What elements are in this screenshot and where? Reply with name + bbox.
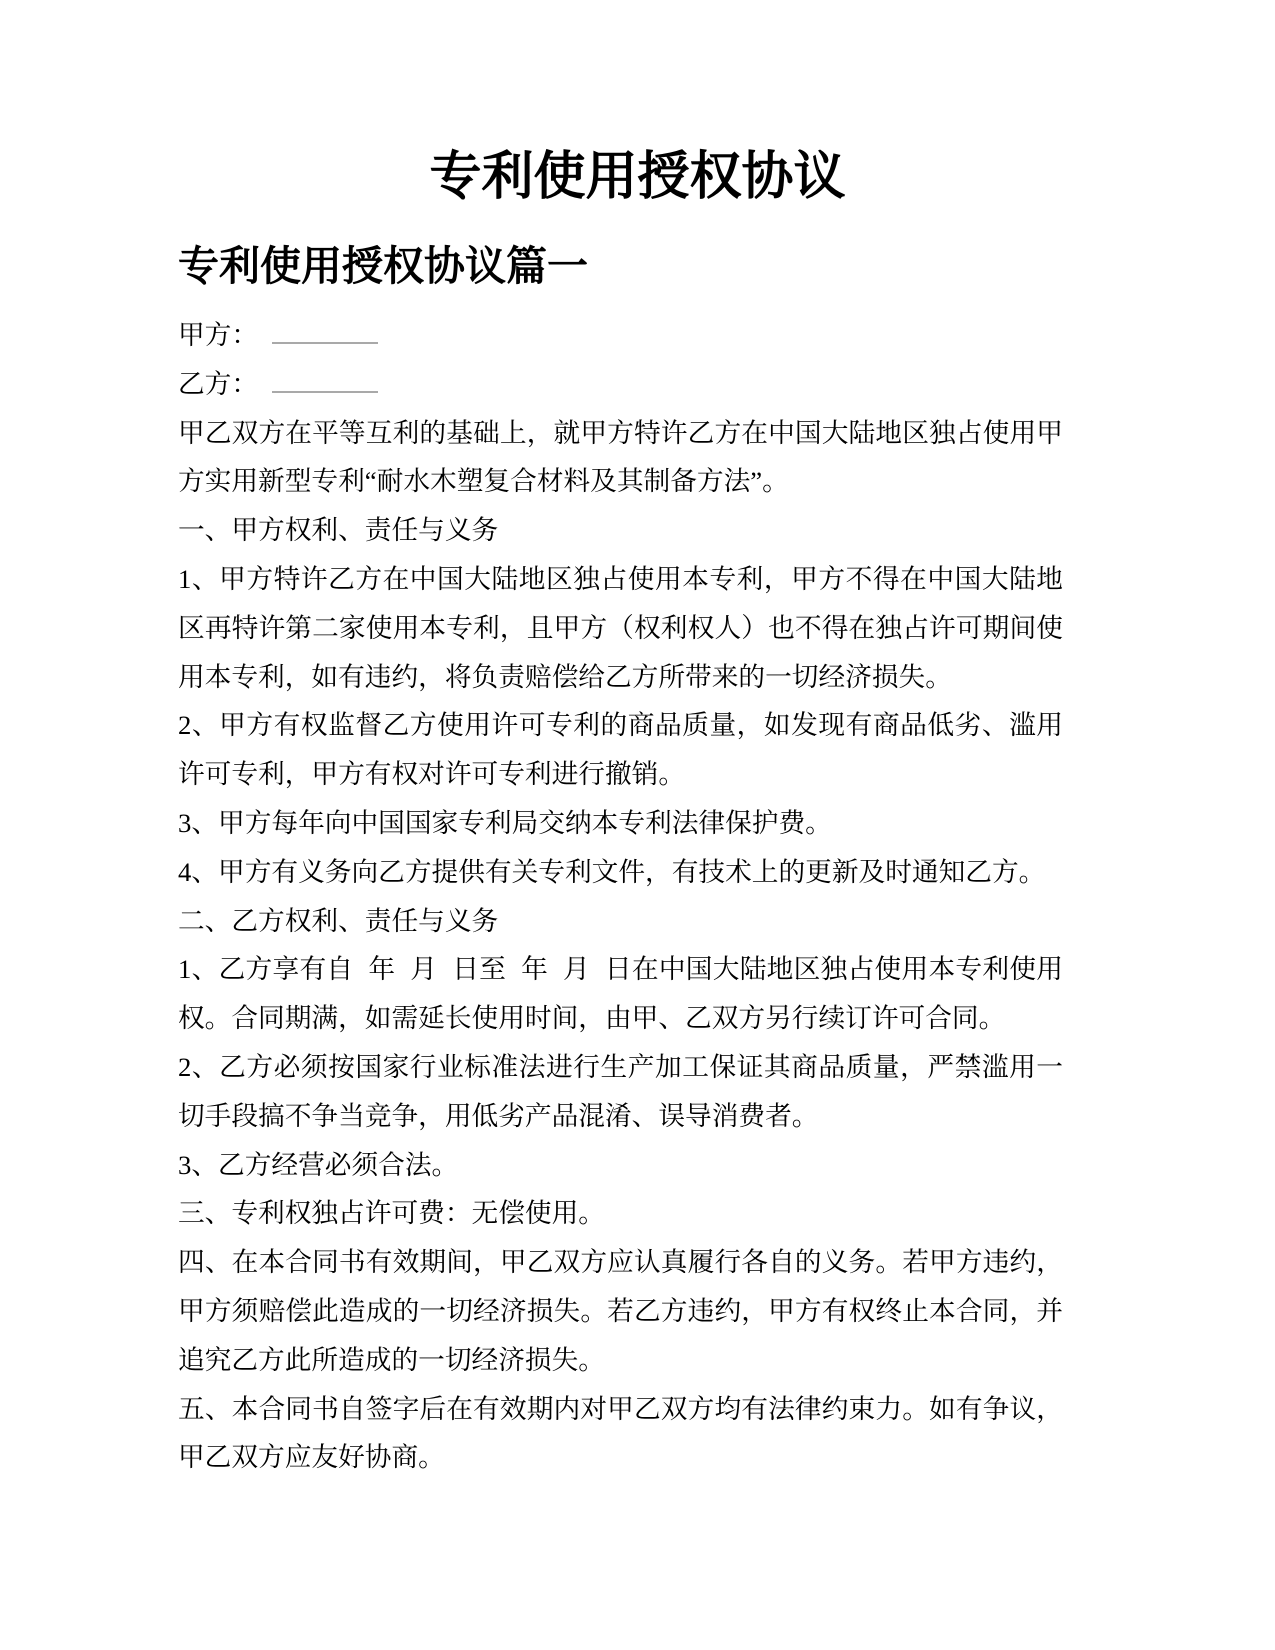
party-b-blank <box>272 365 378 393</box>
paragraph-intro: 甲乙双方在平等互利的基础上，就甲方特许乙方在中国大陆地区独占使用甲方实用新型专利… <box>178 409 1063 507</box>
section-heading: 专利使用授权协议篇一 <box>178 242 1063 291</box>
paragraph-section-2: 二、乙方权利、责任与义务 <box>178 897 1063 946</box>
paragraph-2-item-2: 2、乙方必须按国家行业标准法进行生产加工保证其商品质量，严禁滥用一切手段搞不争当… <box>178 1043 1063 1141</box>
contract-page: 专利使用授权协议 专利使用授权协议篇一 甲方： 乙方： 甲乙双方在平等互利的基础… <box>0 0 1275 1650</box>
paragraph-section-3: 三、专利权独占许可费：无偿使用。 <box>178 1189 1063 1238</box>
paragraph-section-4: 四、在本合同书有效期间，甲乙双方应认真履行各自的义务。若甲方违约，甲方须赔偿此造… <box>178 1238 1063 1384</box>
paragraph-1-item-4: 4、甲方有义务向乙方提供有关专利文件，有技术上的更新及时通知乙方。 <box>178 848 1063 897</box>
document-title: 专利使用授权协议 <box>0 150 1275 206</box>
party-b-label: 乙方： <box>178 369 258 399</box>
party-b-line: 乙方： <box>178 360 1063 409</box>
party-a-label: 甲方： <box>178 320 258 350</box>
paragraph-2-item-3: 3、乙方经营必须合法。 <box>178 1141 1063 1190</box>
party-a-blank <box>272 316 378 344</box>
paragraph-2-item-1: 1、乙方享有自 年 月 日至 年 月 日在中国大陆地区独占使用本专利使用权。合同… <box>178 945 1063 1043</box>
paragraph-section-1: 一、甲方权利、责任与义务 <box>178 506 1063 555</box>
paragraph-section-5: 五、本合同书自签字后在有效期内对甲乙双方均有法律约束力。如有争议，甲乙双方应友好… <box>178 1385 1063 1483</box>
paragraph-1-item-3: 3、甲方每年向中国国家专利局交纳本专利法律保护费。 <box>178 799 1063 848</box>
paragraph-1-item-2: 2、甲方有权监督乙方使用许可专利的商品质量，如发现有商品低劣、滥用许可专利，甲方… <box>178 701 1063 799</box>
party-a-line: 甲方： <box>178 311 1063 360</box>
paragraph-1-item-1: 1、甲方特许乙方在中国大陆地区独占使用本专利，甲方不得在中国大陆地区再特许第二家… <box>178 555 1063 701</box>
